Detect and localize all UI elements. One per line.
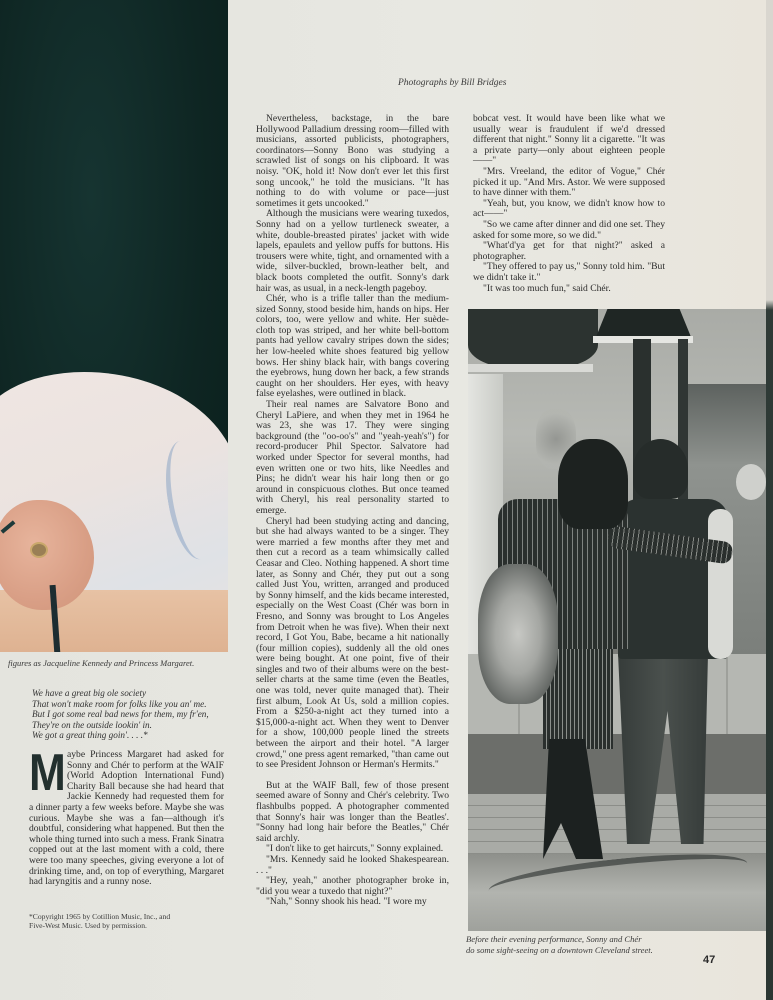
photo-left-sleeve-and-microphone <box>0 0 228 652</box>
photo-credit: Photographs by Bill Bridges <box>398 78 506 88</box>
photo-sonny-hair <box>633 439 688 499</box>
magazine-page: figures as Jacqueline Kennedy and Prince… <box>0 0 766 1000</box>
copyright-footnote: *Copyright 1965 by Cotillion Music, Inc.… <box>29 912 229 930</box>
lyric-line: We got a great thing goin'. . . .* <box>32 730 232 741</box>
article-paragraph: Their real names are Salvatore Bono and … <box>256 400 449 517</box>
photo-right-caption: Before their evening performance, Sonny … <box>466 934 676 956</box>
article-paragraph: "They offered to pay us," Sonny told him… <box>473 262 665 283</box>
article-paragraph: But at the WAIF Ball, few of those prese… <box>256 781 449 845</box>
article-paragraph: Cheryl had been studying acting and danc… <box>256 517 449 771</box>
article-paragraph: "Hey, yeah," another photographer broke … <box>256 876 449 897</box>
lyric-line: They're on the outside lookin' in. <box>32 720 232 731</box>
article-paragraph: "So we came after dinner and did one set… <box>473 220 665 241</box>
lamp-trim <box>468 364 593 372</box>
article-column-2: Nevertheless, backstage, in the bare Hol… <box>256 114 449 908</box>
clock-icon <box>736 464 766 500</box>
lyric-line: But I got some real bad news for them, m… <box>32 709 232 720</box>
photo-carpet <box>468 734 766 794</box>
article-paragraph: "It was too much fun," said Chér. <box>473 284 665 295</box>
caption-line: do some sight-seeing on a downtown Cleve… <box>466 945 676 956</box>
drop-cap: M <box>29 752 58 796</box>
article-paragraph: Nevertheless, backstage, in the bare Hol… <box>256 114 449 209</box>
photo-sonny-sleeve <box>708 509 733 659</box>
lamp-icon <box>596 309 691 337</box>
lamp-icon <box>468 309 598 369</box>
article-paragraph: "What'd'ya get for that night?" asked a … <box>473 241 665 262</box>
article-paragraph: "Mrs. Kennedy said he looked Shakespeare… <box>256 855 449 876</box>
article-column-1: M aybe Princess Margaret had asked for S… <box>29 750 224 888</box>
page-edge <box>766 0 773 1000</box>
caption-line: Before their evening performance, Sonny … <box>466 934 676 945</box>
article-paragraph: Although the musicians were wearing tuxe… <box>256 209 449 294</box>
photo-left-caption: figures as Jacqueline Kennedy and Prince… <box>8 658 228 668</box>
footnote-line: *Copyright 1965 by Cotillion Music, Inc.… <box>29 912 229 921</box>
photo-cher-hair <box>558 439 628 529</box>
lyric-line: That won't make room for folks like you … <box>32 699 232 710</box>
page-number: 47 <box>703 954 715 966</box>
article-paragraph: bobcat vest. It would have been like wha… <box>473 114 665 167</box>
footnote-line: Five-West Music. Used by permission. <box>29 921 229 930</box>
article-column-3: bobcat vest. It would have been like wha… <box>473 114 665 294</box>
article-paragraph: Chér, who is a trifle taller than the me… <box>256 294 449 400</box>
photo-floor-tiles <box>468 794 766 854</box>
article-paragraph: "Yeah, but, you know, we didn't know how… <box>473 199 665 220</box>
photo-fur-coat <box>478 564 558 704</box>
lyric-line: We have a great big ole society <box>32 688 232 699</box>
article-paragraph: "Mrs. Vreeland, the editor of Vogue," Ch… <box>473 167 665 199</box>
ring-icon <box>30 542 48 558</box>
photo-right-sonny-and-cher <box>468 309 766 931</box>
article-paragraph: "Nah," Sonny shook his head. "I wore my <box>256 897 449 908</box>
song-lyrics: We have a great big ole society That won… <box>32 688 232 741</box>
